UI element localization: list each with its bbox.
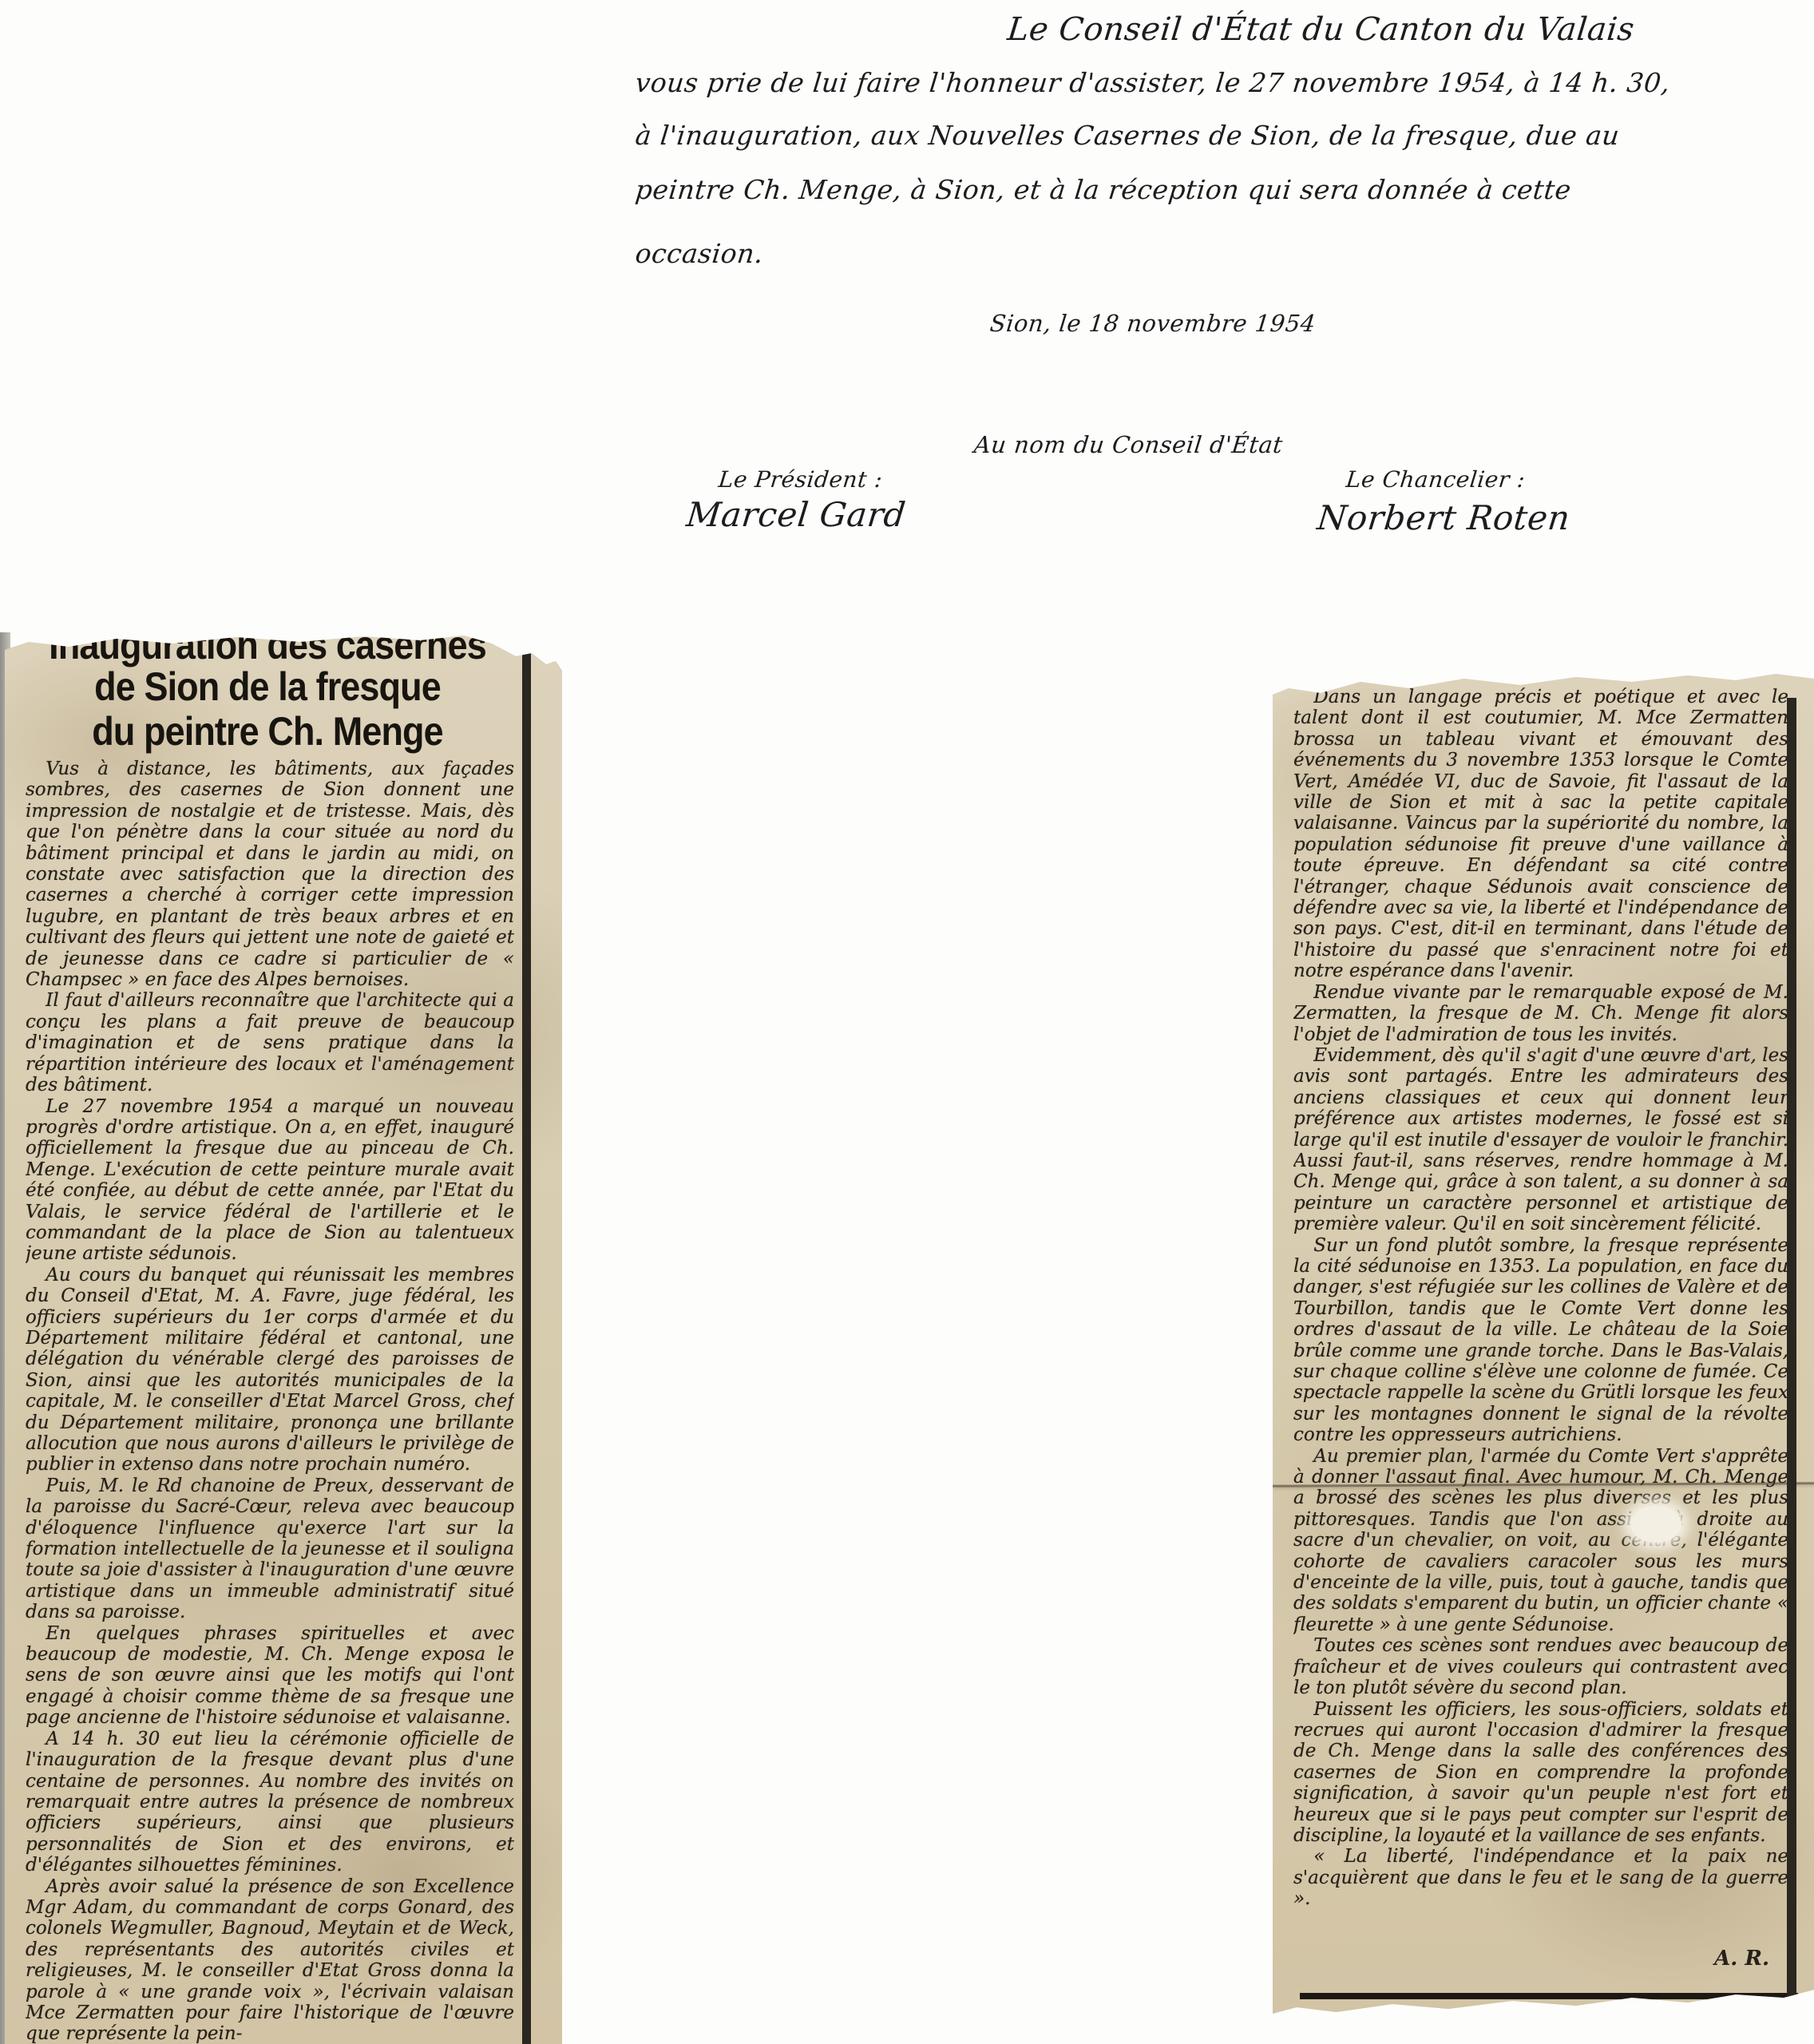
article-end-rule — [1300, 1993, 1798, 1999]
invitation-line: occasion. — [634, 238, 765, 269]
article-paragraph: Le 27 novembre 1954 a marqué un nouveau … — [26, 1096, 514, 1265]
article-paragraph: Puissent les officiers, les sous-officie… — [1293, 1699, 1788, 1847]
headline-line: de Sion de la fresque — [42, 664, 494, 709]
scanned-page: Le Conseil d'État du Canton du Valais vo… — [0, 0, 1814, 2044]
chancellor-title: Le Chancelier : — [1345, 466, 1527, 493]
article-paragraph: Après avoir salué la présence de son Exc… — [26, 1876, 514, 2044]
article-paragraph: Au cours du banquet qui réunissait les m… — [26, 1265, 514, 1476]
article-paragraph: Evidemment, dès qu'il s'agit d'une œuvre… — [1293, 1045, 1788, 1235]
article-paragraph: « La liberté, l'indépendance et la paix … — [1293, 1846, 1788, 1909]
invitation-line: Le Conseil d'État du Canton du Valais — [1006, 11, 1637, 48]
president-title: Le Président : — [717, 466, 884, 493]
article-paragraph: En quelques phrases spirituelles et avec… — [26, 1623, 514, 1729]
invitation-dateline: Sion, le 18 novembre 1954 — [988, 310, 1317, 337]
invitation-on-behalf: Au nom du Conseil d'État — [972, 431, 1284, 458]
article-paragraph: Dans un langage précis et poétique et av… — [1293, 687, 1788, 982]
headline-line-cut: Inauguration des casernes — [42, 632, 494, 667]
article-column-right: Dans un langage précis et poétique et av… — [1293, 687, 1788, 1948]
article-paragraph: A 14 h. 30 eut lieu la cérémonie officie… — [26, 1729, 514, 1876]
invitation-line: peintre Ch. Menge, à Sion, et à la récep… — [634, 174, 1573, 205]
article-paragraph: Puis, M. le Rd chanoine de Preux, desser… — [26, 1476, 514, 1623]
column-rule — [1787, 698, 1796, 1999]
president-name: Marcel Gard — [684, 495, 907, 534]
invitation-line: à l'inauguration, aux Nouvelles Casernes… — [634, 120, 1621, 151]
column-rule — [522, 640, 531, 2044]
article-paragraph: Il faut d'ailleurs reconnaître que l'arc… — [26, 990, 514, 1095]
newspaper-clipping-right: Dans un langage précis et poétique et av… — [1273, 671, 1814, 2020]
article-paragraph: Toutes ces scènes sont rendues avec beau… — [1293, 1635, 1788, 1698]
paper-damage-spot — [1630, 1506, 1681, 1543]
article-paragraph: Sur un fond plutôt sombre, la fresque re… — [1293, 1235, 1788, 1446]
article-paragraph: Rendue vivante par le remarquable exposé… — [1293, 982, 1788, 1045]
article-column-left: Vus à distance, les bâtiments, aux façad… — [26, 759, 514, 2044]
invitation-line: vous prie de lui faire l'honneur d'assis… — [634, 67, 1672, 98]
article-signature: A. R. — [1714, 1947, 1769, 1971]
article-paragraph: Au premier plan, l'armée du Comte Vert s… — [1293, 1446, 1788, 1636]
article-paragraph: Vus à distance, les bâtiments, aux façad… — [26, 759, 514, 990]
newspaper-clipping-left: Inauguration des casernes de Sion de la … — [5, 632, 562, 2044]
chancellor-name: Norbert Roten — [1315, 498, 1572, 537]
headline-line: du peintre Ch. Menge — [42, 709, 494, 754]
